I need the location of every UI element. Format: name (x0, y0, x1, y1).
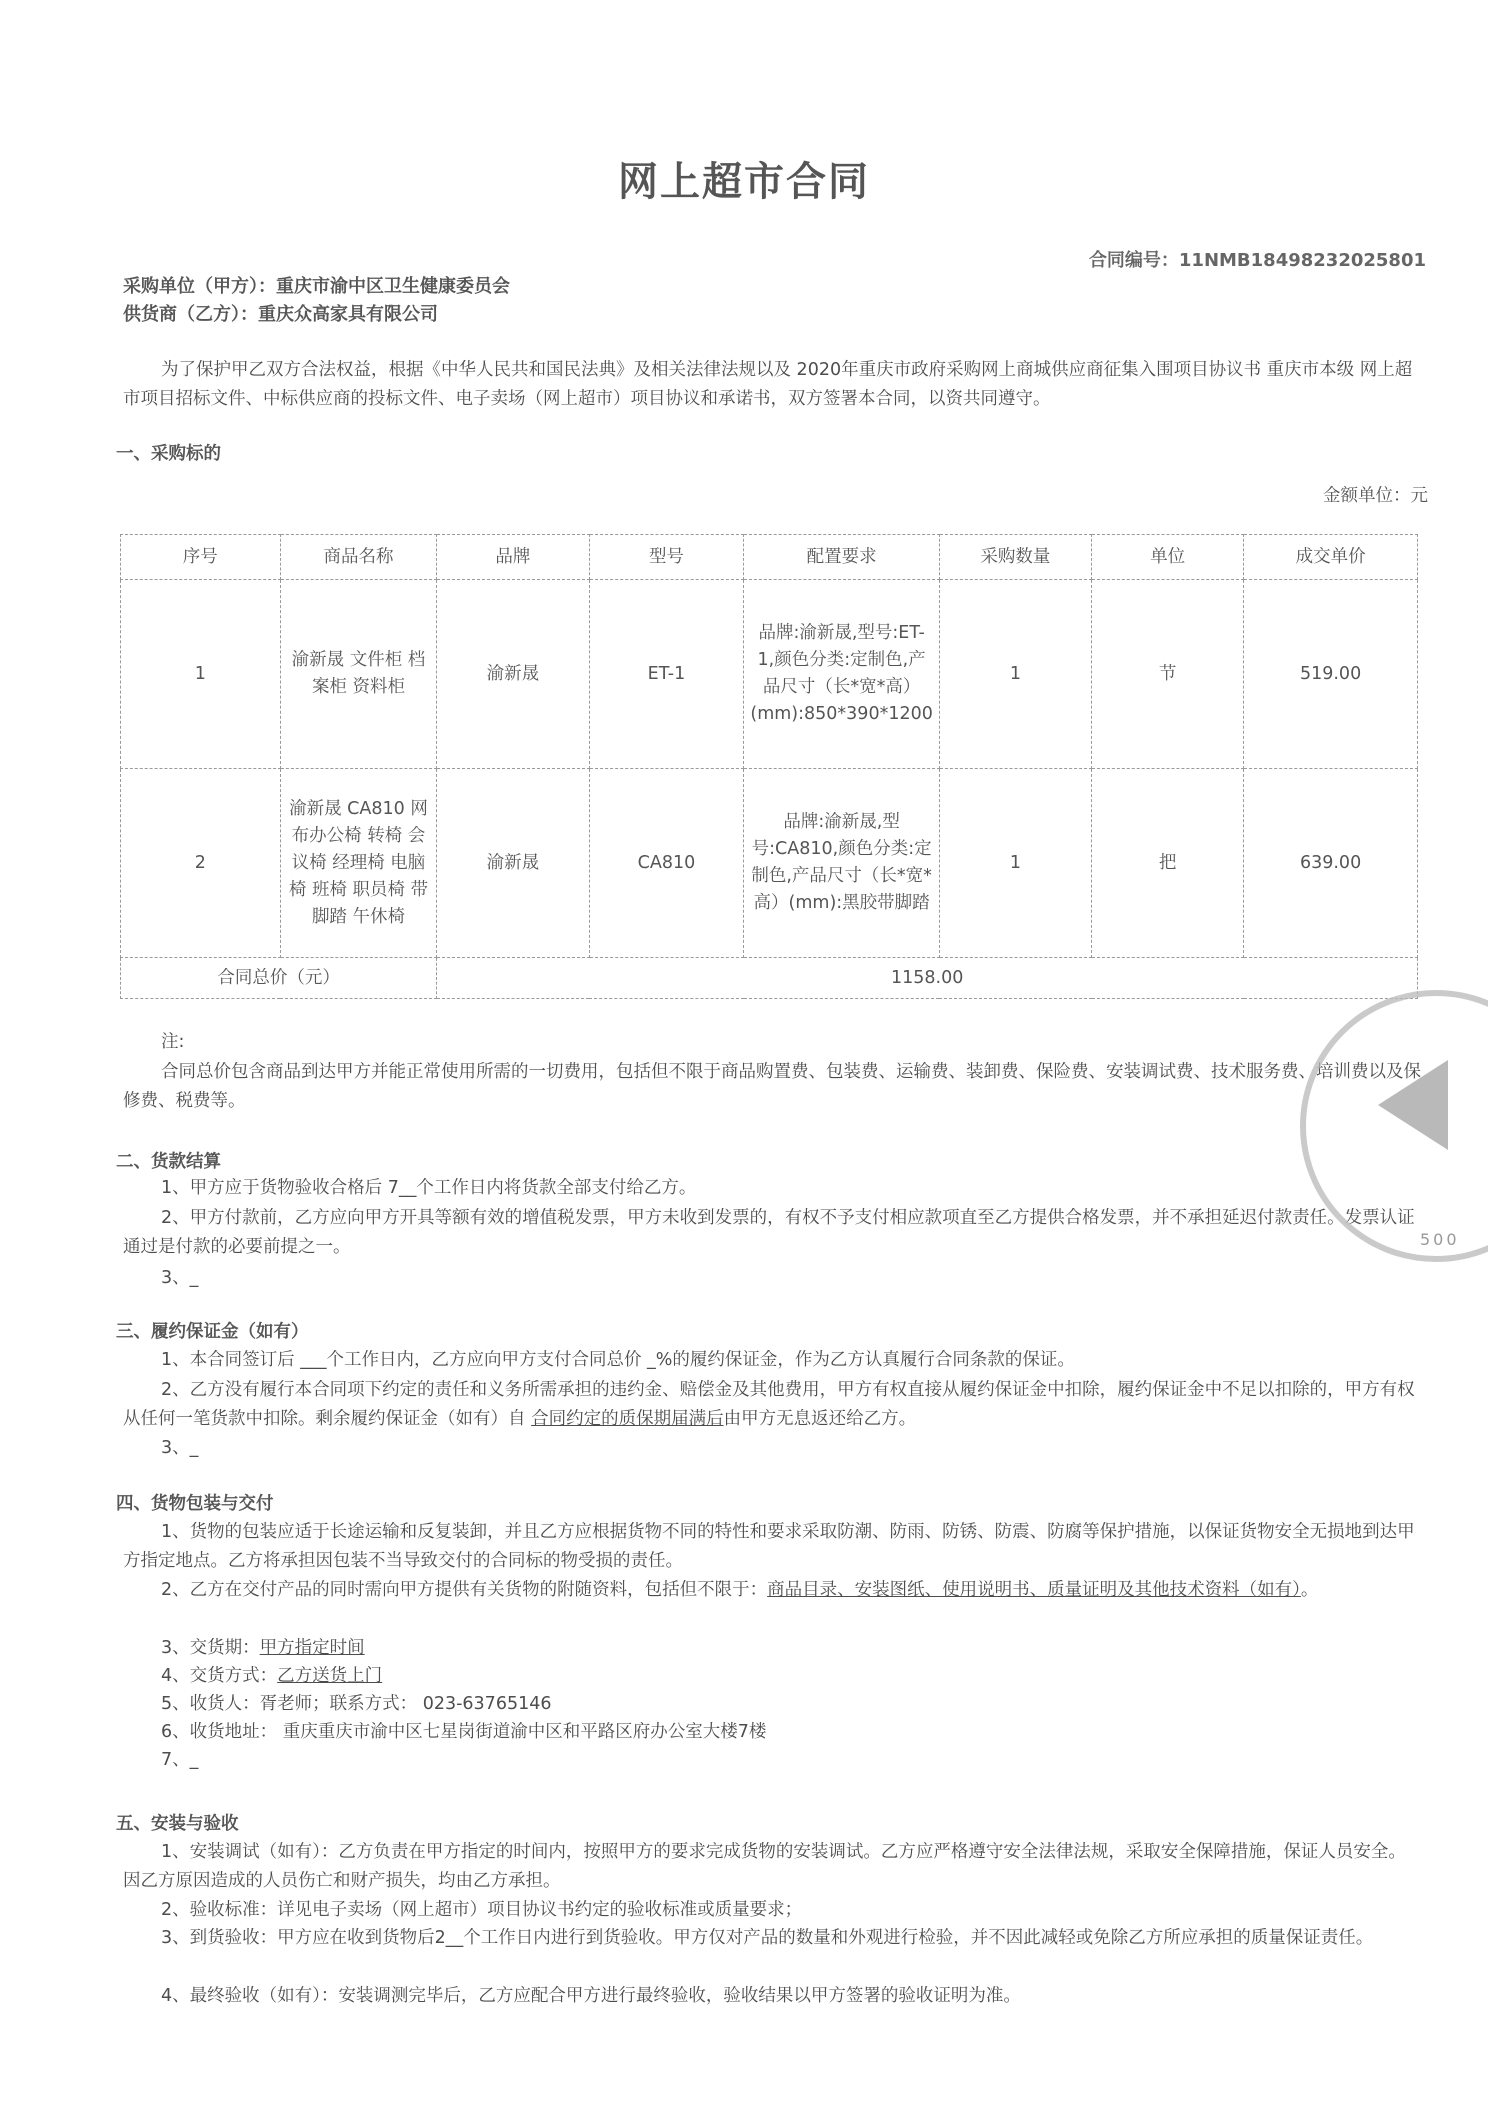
section3-item-3: 3、_ (123, 1434, 1423, 1463)
header-unit: 单位 (1092, 535, 1244, 580)
section3-item-1: 1、本合同签订后 ___个工作日内，乙方应向甲方支付合同总价 _%的履约保证金，… (123, 1346, 1423, 1375)
section4-item-2-tail: 。 (1301, 1580, 1319, 1600)
intro-paragraph: 为了保护甲乙双方合法权益，根据《中华人民共和国民法典》及相关法律法规以及 202… (123, 356, 1423, 414)
section2-item-1: 1、甲方应于货物验收合格后 7__个工作日内将货款全部支付给乙方。 (123, 1174, 1423, 1203)
section5-heading: 五、安装与验收 (116, 1810, 239, 1835)
cell-price: 639.00 (1244, 769, 1418, 958)
section4-item-2: 2、乙方在交付产品的同时需向甲方提供有关货物的附随资料，包括但不限于：商品目录、… (123, 1576, 1423, 1605)
section4-item-6: 6、收货地址： 重庆重庆市渝中区七星岗街道渝中区和平路区府办公室大楼7楼 (123, 1718, 1423, 1747)
section2-item-2: 2、甲方付款前，乙方应向甲方开具等额有效的增值税发票，甲方未收到发票的，有权不予… (123, 1204, 1423, 1262)
section2-item-3: 3、_ (123, 1264, 1423, 1293)
items-table: 序号 商品名称 品牌 型号 配置要求 采购数量 单位 成交单价 1 渝新晟 文件… (120, 534, 1418, 999)
table-row: 2 渝新晟 CA810 网布办公椅 转椅 会议椅 经理椅 电脑椅 班椅 职员椅 … (121, 769, 1418, 958)
header-qty: 采购数量 (939, 535, 1091, 580)
section4-item-5: 5、收货人：胥老师；联系方式： 023-63765146 (123, 1690, 1423, 1719)
delivery-method-value: 乙方送货上门 (277, 1666, 382, 1686)
supplier-label: 供货商（乙方）： (123, 304, 258, 325)
cell-brand: 渝新晟 (437, 580, 589, 769)
total-value: 1158.00 (437, 958, 1418, 999)
supplier-name: 重庆众高家具有限公司 (258, 304, 438, 325)
header-config: 配置要求 (744, 535, 939, 580)
header-brand: 品牌 (437, 535, 589, 580)
header-model: 型号 (589, 535, 744, 580)
cell-price: 519.00 (1244, 580, 1418, 769)
cell-brand: 渝新晟 (437, 769, 589, 958)
seal-code-fragment: 500 (1420, 1230, 1460, 1249)
section4-item-2-prefix: 2、乙方在交付产品的同时需向甲方提供有关货物的附随资料，包括但不限于： (161, 1580, 767, 1600)
cell-model: ET-1 (589, 580, 744, 769)
section4-item-7: 7、_ (123, 1746, 1423, 1775)
cell-unit: 把 (1092, 769, 1244, 958)
supplier-line: 供货商（乙方）：重庆众高家具有限公司 (123, 300, 438, 326)
cell-config: 品牌:渝新晟,型号:ET-1,颜色分类:定制色,产品尺寸（长*宽*高）(mm):… (744, 580, 939, 769)
delivery-period-label: 3、交货期： (161, 1638, 260, 1658)
amount-unit-label: 金额单位：元 (1323, 482, 1428, 507)
seal-star-icon (1378, 1060, 1448, 1150)
total-label: 合同总价（元） (121, 958, 437, 999)
buyer-name: 重庆市渝中区卫生健康委员会 (276, 276, 510, 297)
section5-item-3: 3、到货验收：甲方应在收到货物后2__个工作日内进行到货验收。甲方仅对产品的数量… (123, 1924, 1423, 1953)
cell-index: 2 (121, 769, 281, 958)
cell-qty: 1 (939, 769, 1091, 958)
section4-item-4: 4、交货方式：乙方送货上门 (123, 1662, 1423, 1691)
note-label: 注: (123, 1028, 1423, 1057)
cell-qty: 1 (939, 580, 1091, 769)
buyer-label: 采购单位（甲方）： (123, 276, 276, 297)
buyer-line: 采购单位（甲方）：重庆市渝中区卫生健康委员会 (123, 272, 510, 298)
note-text: 合同总价包含商品到达甲方并能正常使用所需的一切费用，包括但不限于商品购置费、包装… (123, 1058, 1423, 1116)
section4-item-3: 3、交货期：甲方指定时间 (123, 1634, 1423, 1663)
section3-item-2: 2、乙方没有履行本合同项下约定的责任和义务所需承担的违约金、赔偿金及其他费用，甲… (123, 1376, 1423, 1434)
cell-index: 1 (121, 580, 281, 769)
document-title: 网上超市合同 (0, 150, 1488, 207)
cell-config: 品牌:渝新晟,型号:CA810,颜色分类:定制色,产品尺寸（长*宽*高）(mm)… (744, 769, 939, 958)
header-index: 序号 (121, 535, 281, 580)
contract-number-value: 11NMB18498232025801 (1179, 250, 1426, 271)
header-name: 商品名称 (280, 535, 437, 580)
section4-item-1: 1、货物的包装应适于长途运输和反复装卸，并且乙方应根据货物不同的特性和要求采取防… (123, 1518, 1423, 1576)
contract-number-label: 合同编号： (1089, 250, 1179, 271)
section1-heading: 一、采购标的 (116, 440, 221, 465)
section4-heading: 四、货物包装与交付 (116, 1490, 274, 1515)
table-header-row: 序号 商品名称 品牌 型号 配置要求 采购数量 单位 成交单价 (121, 535, 1418, 580)
section5-item-4: 4、最终验收（如有）：安装调测完毕后，乙方应配合甲方进行最终验收，验收结果以甲方… (123, 1982, 1423, 2011)
section5-item-1: 1、安装调试（如有）：乙方负责在甲方指定的时间内，按照甲方的要求完成货物的安装调… (123, 1838, 1423, 1896)
cell-name: 渝新晟 CA810 网布办公椅 转椅 会议椅 经理椅 电脑椅 班椅 职员椅 带脚… (280, 769, 437, 958)
cell-name: 渝新晟 文件柜 档案柜 资料柜 (280, 580, 437, 769)
section2-heading: 二、货款结算 (116, 1148, 221, 1173)
section3-heading: 三、履约保证金（如有） (116, 1318, 309, 1343)
delivery-method-label: 4、交货方式： (161, 1666, 277, 1686)
cell-unit: 节 (1092, 580, 1244, 769)
contract-page: 网上超市合同 合同编号：11NMB18498232025801 采购单位（甲方）… (0, 0, 1488, 2106)
section3-item-2-tail: 由甲方无息返还给乙方。 (724, 1409, 917, 1429)
delivery-period-value: 甲方指定时间 (260, 1638, 365, 1658)
contract-number: 合同编号：11NMB18498232025801 (1089, 246, 1426, 272)
warranty-period-underlined: 合同约定的质保期届满后 (531, 1409, 724, 1429)
cell-model: CA810 (589, 769, 744, 958)
section5-item-2: 2、验收标准：详见电子卖场（网上超市）项目协议书约定的验收标准或质量要求； (123, 1896, 1423, 1925)
table-row: 1 渝新晟 文件柜 档案柜 资料柜 渝新晟 ET-1 品牌:渝新晟,型号:ET-… (121, 580, 1418, 769)
accompanying-docs-underlined: 商品目录、安装图纸、使用说明书、质量证明及其他技术资料（如有） (767, 1580, 1301, 1600)
header-price: 成交单价 (1244, 535, 1418, 580)
table-total-row: 合同总价（元） 1158.00 (121, 958, 1418, 999)
